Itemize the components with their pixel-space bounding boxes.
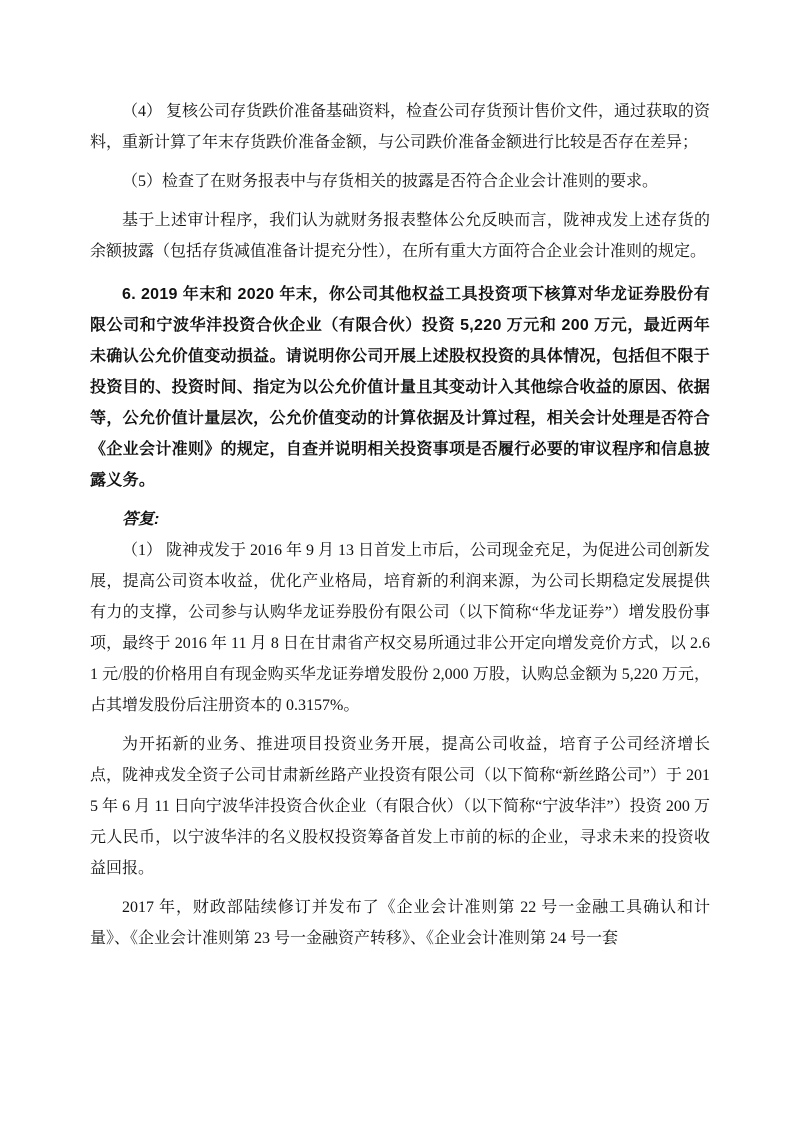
paragraph-audit-conclusion: 基于上述审计程序，我们认为就财务报表整体公允反映而言，陇神戎发上述存货的余额披露… (90, 205, 710, 267)
paragraph-inquiry-question-6: 6. 2019 年末和 2020 年末，你公司其他权益工具投资项下核算对华龙证券… (90, 279, 710, 496)
paragraph-reply-3: 2017 年，财政部陆续修订并发布了《企业会计准则第 22 号一金融工具确认和计… (90, 892, 710, 954)
paragraph-audit-procedure-4: （4） 复核公司存货跌价准备基础资料，检查公司存货预计售价文件，通过获取的资料，… (90, 96, 710, 158)
paragraph-reply-1: （1） 陇神戎发于 2016 年 9 月 13 日首发上市后，公司现金充足，为促… (90, 535, 710, 721)
reply-label: 答复: (90, 504, 710, 535)
paragraph-reply-2: 为开拓新的业务、推进项目投资业务开展，提高公司收益，培育子公司经济增长点，陇神戎… (90, 729, 710, 884)
document-page: （4） 复核公司存货跌价准备基础资料，检查公司存货预计售价文件，通过获取的资料，… (0, 0, 793, 1122)
document-content: （4） 复核公司存货跌价准备基础资料，检查公司存货预计售价文件，通过获取的资料，… (90, 96, 710, 962)
paragraph-audit-procedure-5: （5）检查了在财务报表中与存货相关的披露是否符合企业会计准则的要求。 (90, 166, 710, 197)
